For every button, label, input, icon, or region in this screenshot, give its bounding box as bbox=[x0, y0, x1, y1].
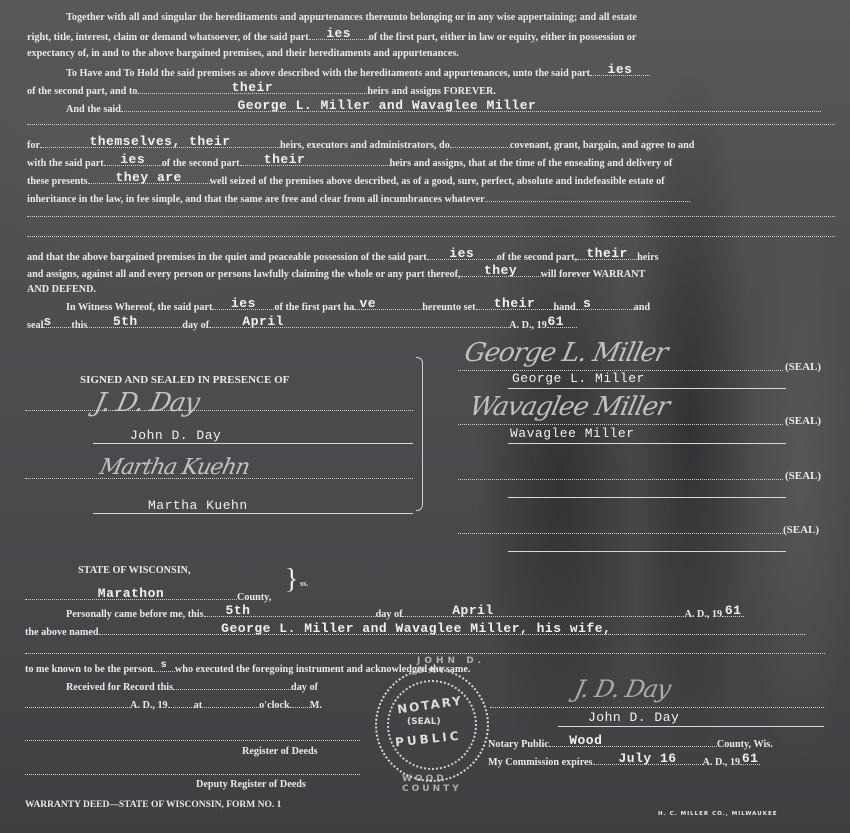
habendum-line2: of the second part, and totheirheirs and… bbox=[27, 84, 496, 98]
grantor-3-seal-label: (SEAL) bbox=[785, 470, 821, 482]
witness-line2: sealsthis5thday ofAprilA. D., 1961 bbox=[27, 318, 577, 332]
warrant-line2: and assigns, against all and every perso… bbox=[27, 267, 645, 281]
grantor-2-signature: Wavaglee Miller bbox=[467, 392, 672, 422]
blank-rule bbox=[27, 124, 835, 125]
grantor-1-seal-label: (SEAL) bbox=[785, 361, 821, 373]
warranty-deed-page: Together with all and singular the hered… bbox=[0, 0, 850, 833]
blank-rule bbox=[27, 236, 835, 237]
grantor-3-name-line bbox=[508, 497, 786, 498]
grantor-4-signature-line bbox=[458, 533, 783, 534]
covenant-line4: inheritance in the law, in fee simple, a… bbox=[27, 192, 690, 206]
warrant-line3: AND DEFEND. bbox=[27, 284, 96, 296]
warrant-line1: and that the above bargained premises in… bbox=[27, 250, 659, 264]
grantor-4-seal-label: (SEAL) bbox=[783, 524, 819, 536]
habendum-line3: And the saidGeorge L. Miller and Wavagle… bbox=[66, 102, 821, 116]
witness-1-signature: J. D. Day bbox=[92, 388, 202, 418]
grantor-2-signature-line bbox=[458, 424, 783, 425]
fill-parties-first: ies bbox=[309, 30, 369, 40]
ack-line2: the above namedGeorge L. Miller and Wava… bbox=[25, 625, 805, 639]
deputy-register-label: Deputy Register of Deeds bbox=[196, 779, 306, 791]
para1-line1: Together with all and singular the hered… bbox=[66, 12, 637, 24]
register-signature-line bbox=[25, 740, 360, 741]
ack-line3: to me known to be the personswho execute… bbox=[25, 662, 470, 676]
notary-commission-line: My Commission expiresJuly 16A. D., 1961 bbox=[488, 755, 760, 769]
notary-stamp: NOTARY (SEAL) PUBLIC JOHN D. DAY WOOD CO… bbox=[375, 668, 489, 782]
printer-imprint: H. C. MILLER CO., MILWAUKEE bbox=[658, 808, 778, 820]
witness-2-typed-name: Martha Kuehn bbox=[148, 500, 248, 512]
blank-rule bbox=[25, 653, 825, 654]
record-line2: A. D., 19ato'clockM. bbox=[25, 698, 322, 712]
grantor-3-signature-line bbox=[458, 479, 783, 480]
ack-county: MarathonCounty, bbox=[25, 590, 271, 604]
deputy-signature-line bbox=[25, 774, 360, 775]
witness-1-typed-name: John D. Day bbox=[130, 430, 221, 442]
notary-signature-line bbox=[490, 707, 824, 708]
ack-line1: Personally came before me, this5thday of… bbox=[66, 607, 744, 621]
witness-line1: In Witness Whereof, the said partiesof t… bbox=[66, 300, 650, 314]
notary-name-line bbox=[558, 726, 824, 727]
habendum-line1: To Have and To Hold the said premises as… bbox=[66, 66, 650, 80]
notary-signature: J. D. Day bbox=[572, 675, 673, 703]
grantor-2-name-line bbox=[508, 443, 786, 444]
register-of-deeds-label: Register of Deeds bbox=[242, 746, 318, 758]
witness-2-signature-line bbox=[25, 478, 413, 479]
witness-brace bbox=[416, 357, 423, 511]
para1-line3: expectancy of, in and to the above barga… bbox=[27, 48, 459, 60]
blank-rule bbox=[27, 216, 835, 217]
covenant-line1: forthemselves, theirheirs, executors and… bbox=[27, 138, 694, 152]
witnesses-heading: SIGNED AND SEALED IN PRESENCE OF bbox=[80, 374, 289, 386]
witness-2-name-line bbox=[93, 513, 413, 514]
grantor-2-typed-name: Wavaglee Miller bbox=[510, 428, 635, 440]
ack-state: STATE OF WISCONSIN, bbox=[78, 565, 191, 577]
covenant-line2: with the said partiesof the second partt… bbox=[27, 156, 672, 170]
para1-line2: right, title, interest, claim or demand … bbox=[27, 30, 636, 44]
notary-county-line: Notary PublicWoodCounty, Wis. bbox=[488, 737, 773, 751]
witness-2-signature: Martha Kuehn bbox=[97, 455, 251, 480]
ack-ss: ss. bbox=[300, 578, 308, 590]
grantor-4-name-line bbox=[508, 551, 786, 552]
grantor-1-signature: George L. Miller bbox=[462, 338, 670, 368]
form-title: WARRANTY DEED—STATE OF WISCONSIN, FORM N… bbox=[25, 799, 281, 811]
grantor-1-typed-name: George L. Miller bbox=[512, 373, 645, 385]
covenant-line3: these presentsthey arewell seized of the… bbox=[27, 174, 665, 188]
witness-1-signature-line bbox=[25, 410, 413, 411]
notary-typed-name: John D. Day bbox=[588, 712, 679, 724]
ack-brace: } bbox=[285, 565, 298, 595]
witness-1-name-line bbox=[93, 443, 413, 444]
grantor-1-name-line bbox=[508, 388, 786, 389]
record-line1: Received for Record thisday of bbox=[66, 680, 318, 694]
grantor-2-seal-label: (SEAL) bbox=[785, 415, 821, 427]
